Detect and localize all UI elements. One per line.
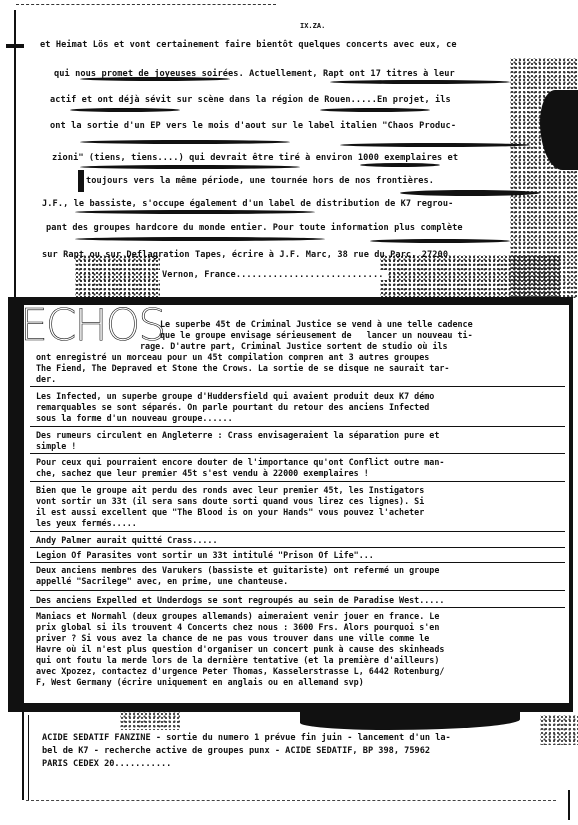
bottom-rule bbox=[26, 800, 556, 801]
tear-smear bbox=[75, 210, 315, 214]
echo-item-line: qui ont foutu la merde lors de la derniè… bbox=[36, 655, 439, 666]
tear-smear bbox=[400, 190, 540, 196]
tear-smear bbox=[340, 143, 530, 147]
echo-item-line: Maniacs et Normahl (deux groupes alleman… bbox=[36, 611, 439, 622]
collage-scrap bbox=[540, 715, 578, 745]
tear-smear bbox=[75, 237, 325, 241]
fanzine-page: IX.ZA. et Heimat Lös et vont certainemen… bbox=[0, 0, 578, 825]
item-divider bbox=[30, 453, 565, 454]
photo-collage-bottom-left bbox=[75, 255, 160, 300]
page-mark: IX.ZA. bbox=[300, 22, 325, 30]
intro-line: sur Rapt ou sur Deflagration Tapes, écri… bbox=[42, 250, 448, 260]
echo-item-line: avec Xpozez, contactez d'urgence Peter T… bbox=[36, 666, 444, 677]
echo-item-line: Pour ceux qui pourraient encore douter d… bbox=[36, 457, 444, 468]
echo-item-line: les yeux fermés..... bbox=[36, 518, 137, 529]
footer-margin-rule bbox=[28, 715, 29, 800]
echo-item-line: Deux anciens membres des Varukers (bassi… bbox=[36, 565, 439, 576]
echo-item-line: appellé "Sacrilege" avec, en prime, une … bbox=[36, 576, 288, 587]
photo-collage-bottom-right bbox=[380, 255, 560, 300]
echo-item-line: The Fiend, The Depraved et Stone the Cro… bbox=[36, 363, 449, 374]
echo-item-line: il est aussi excellent que "The Blood is… bbox=[36, 507, 424, 518]
collage-mark bbox=[78, 170, 84, 192]
echo-item-line: vont sortir un 33t (il sera sans doute s… bbox=[36, 496, 424, 507]
echo-item-line: F, West Germany (écrire uniquement en an… bbox=[36, 677, 364, 688]
echo-item-line: simple ! bbox=[36, 441, 76, 452]
echo-item-line: que le groupe envisage sérieusement de l… bbox=[160, 330, 473, 341]
item-divider bbox=[30, 481, 565, 482]
echo-item-line: remarquables se sont séparés. On parle p… bbox=[36, 402, 429, 413]
echo-item-line: Les Infected, un superbe groupe d'Hudder… bbox=[36, 391, 434, 402]
footer-ad-line: ACIDE SEDATIF FANZINE - sortie du numero… bbox=[42, 732, 451, 745]
echo-item-line: priver ? Si vous avez la chance de ne pa… bbox=[36, 633, 429, 644]
echo-item-line: Bien que le groupe ait perdu des ronds a… bbox=[36, 485, 424, 496]
right-edge-mark bbox=[568, 790, 570, 820]
intro-line: pant des groupes hardcore du monde entie… bbox=[46, 223, 463, 233]
item-divider bbox=[30, 426, 565, 427]
item-divider bbox=[30, 531, 565, 532]
echo-item-line: Havre où il n'est plus question d'organi… bbox=[36, 644, 444, 655]
intro-line: actif et ont déjà sévit sur scène dans l… bbox=[50, 95, 451, 105]
collage-scrap bbox=[120, 712, 180, 730]
echo-item-line: Des anciens Expelled et Underdogs se son… bbox=[36, 595, 444, 606]
tear-smear bbox=[80, 165, 300, 169]
intro-line: toujours vers la même période, une tourn… bbox=[86, 176, 434, 186]
tear-smear bbox=[330, 80, 510, 84]
echo-item-line: ont enregistré un morceau pour un 45t co… bbox=[36, 352, 429, 363]
echo-item-line: Andy Palmer aurait quitté Crass..... bbox=[36, 535, 218, 546]
intro-line: zioni" (tiens, tiens....) qui devrait êt… bbox=[52, 153, 458, 163]
tear-smear bbox=[370, 239, 510, 243]
item-divider bbox=[30, 386, 565, 387]
echo-item-line: prix global si ils trouvent 4 Concerts c… bbox=[36, 622, 439, 633]
tear-smear bbox=[70, 108, 180, 112]
tear-smear bbox=[320, 108, 430, 112]
item-divider bbox=[30, 562, 565, 563]
footer-ad-line: bel de K7 - recherche active de groupes … bbox=[42, 745, 430, 758]
margin-tick bbox=[6, 44, 24, 48]
item-divider bbox=[30, 590, 565, 591]
echo-item-line: rage. D'autre part, Criminal Justice sor… bbox=[140, 341, 448, 352]
footer-ad-line: PARIS CEDEX 20........... bbox=[42, 758, 171, 771]
echo-item-line: Legion Of Parasites vont sortir un 33t i… bbox=[36, 550, 374, 561]
echo-item-line: Le superbe 45t de Criminal Justice se ve… bbox=[160, 319, 473, 330]
item-divider bbox=[30, 607, 565, 608]
intro-line: qui nous promet de joyeuses soirées. Act… bbox=[54, 69, 455, 79]
intro-line: Vernon, France..........................… bbox=[158, 270, 388, 280]
echo-item-line: der. bbox=[36, 374, 56, 385]
echo-item-line: sous la forme d'un nouveau groupe...... bbox=[36, 413, 233, 424]
echo-item-line: Des rumeurs circulent en Angleterre : Cr… bbox=[36, 430, 439, 441]
tear-smear bbox=[360, 163, 440, 167]
intro-line: et Heimat Lös et vont certainement faire… bbox=[40, 40, 457, 50]
intro-line: J.F., le bassiste, s'occupe également d'… bbox=[42, 199, 453, 209]
footer-margin-rule bbox=[22, 710, 24, 800]
tear-smear bbox=[80, 140, 290, 144]
collage-scrap bbox=[300, 712, 520, 730]
intro-line: ont la sortie d'un EP vers le mois d'aou… bbox=[50, 121, 456, 131]
item-divider bbox=[30, 547, 565, 548]
top-rule bbox=[16, 4, 276, 6]
left-margin-rule bbox=[14, 10, 16, 300]
echo-item-line: che, sachez que leur premier 45t s'est v… bbox=[36, 468, 369, 479]
